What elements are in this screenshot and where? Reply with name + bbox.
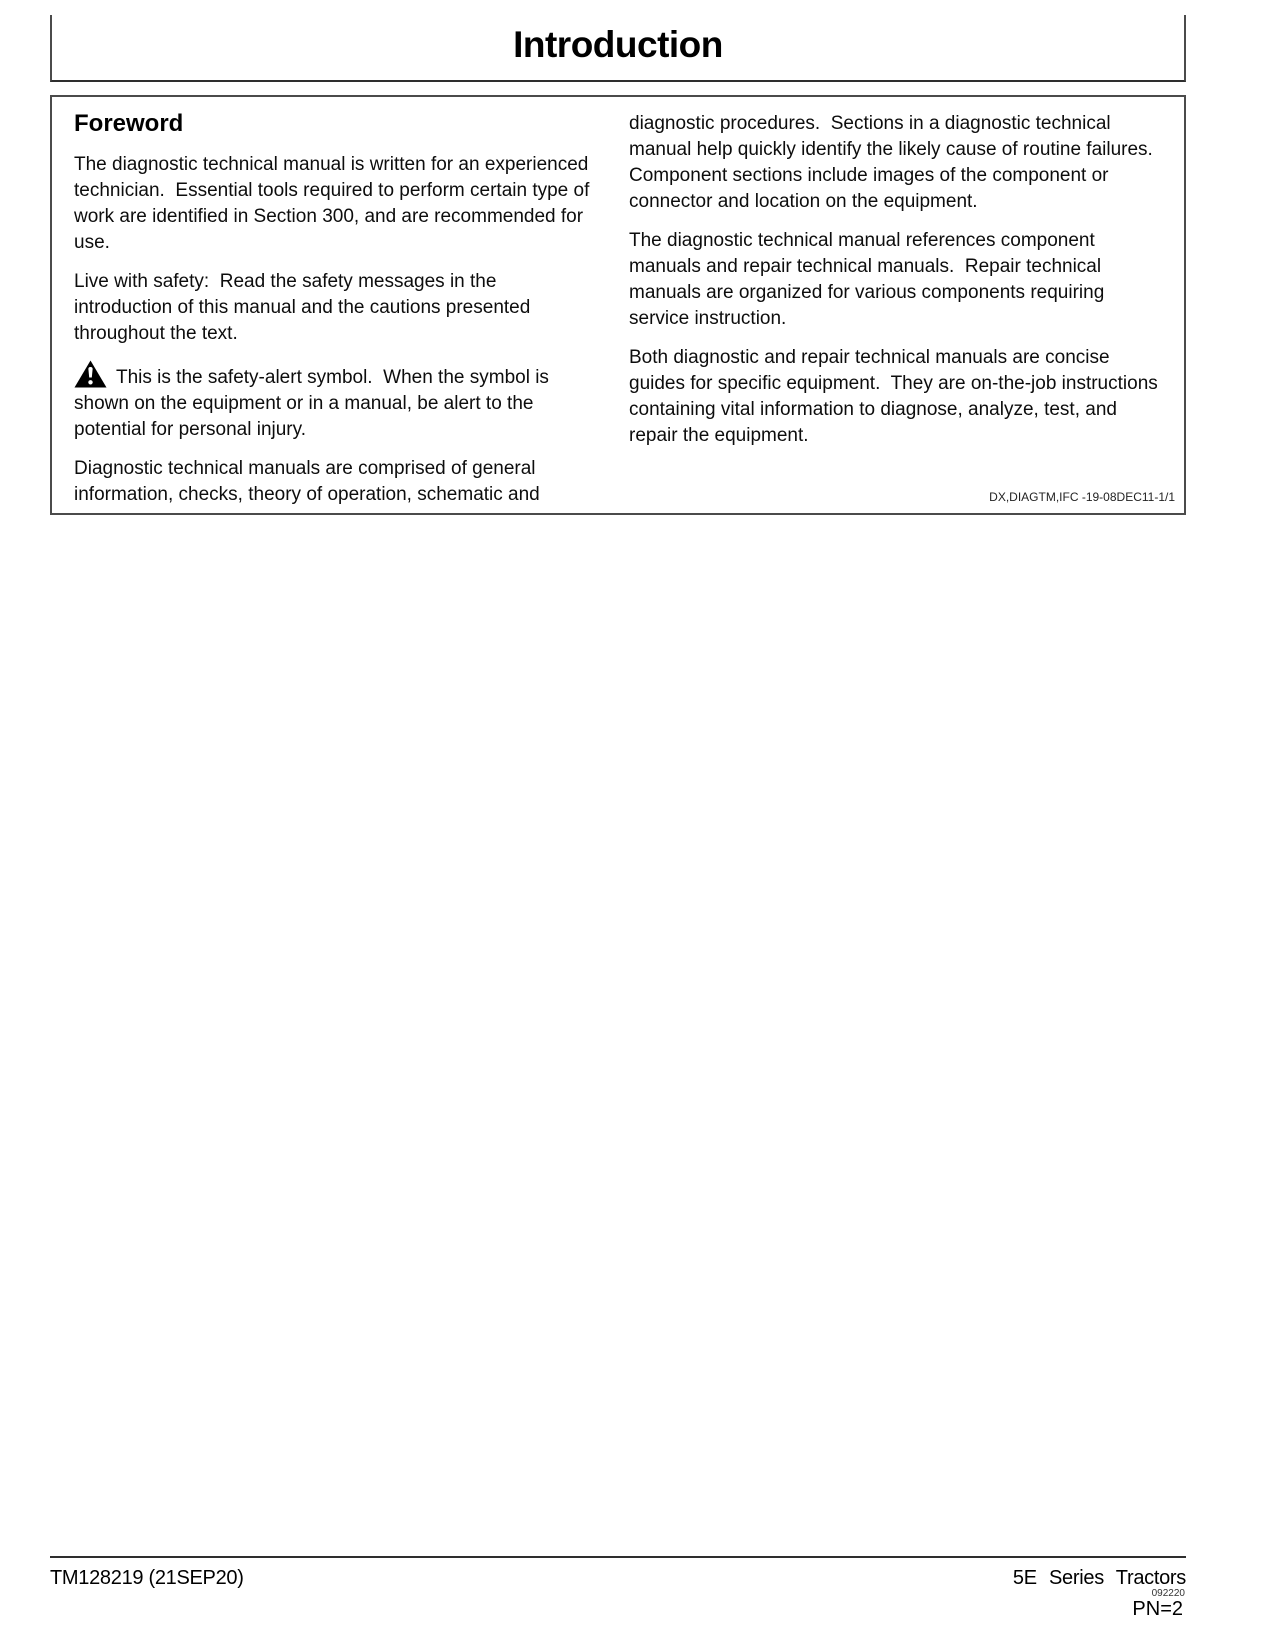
foreword-section: Foreword The diagnostic technical manual… [50, 95, 1186, 515]
reference-code: DX,DIAGTM,IFC -19-08DEC11-1/1 [989, 490, 1175, 504]
manual-number: TM128219 (21SEP20) [50, 1567, 244, 1590]
safety-alert-icon [74, 360, 107, 388]
page-title: Introduction [513, 24, 723, 72]
right-column: diagnostic procedures. Sections in a dia… [629, 111, 1166, 462]
paragraph-safety-alert: This is the safety-alert symbol. When th… [74, 360, 596, 443]
left-column: Foreword The diagnostic technical manual… [74, 111, 596, 521]
paragraph-diagnostic-procedures: diagnostic procedures. Sections in a dia… [629, 111, 1166, 215]
series-title: 5E Series Tractors [1013, 1567, 1186, 1590]
manual-page: Introduction Foreword The diagnostic tec… [0, 0, 1275, 1650]
paragraph-references: The diagnostic technical manual referenc… [629, 228, 1166, 332]
footer-rule [50, 1556, 1186, 1558]
page-number: PN=2 [1132, 1598, 1183, 1621]
paragraph-manual-contents: Diagnostic technical manuals are compris… [74, 456, 596, 508]
page-header: Introduction [50, 15, 1186, 82]
paragraph-concise-guides: Both diagnostic and repair technical man… [629, 345, 1166, 449]
paragraph-safety-alert-text: This is the safety-alert symbol. When th… [74, 367, 554, 440]
foreword-heading: Foreword [74, 111, 596, 137]
paragraph-safety-messages: Live with safety: Read the safety messag… [74, 269, 596, 347]
paragraph-tools: The diagnostic technical manual is writt… [74, 152, 596, 256]
